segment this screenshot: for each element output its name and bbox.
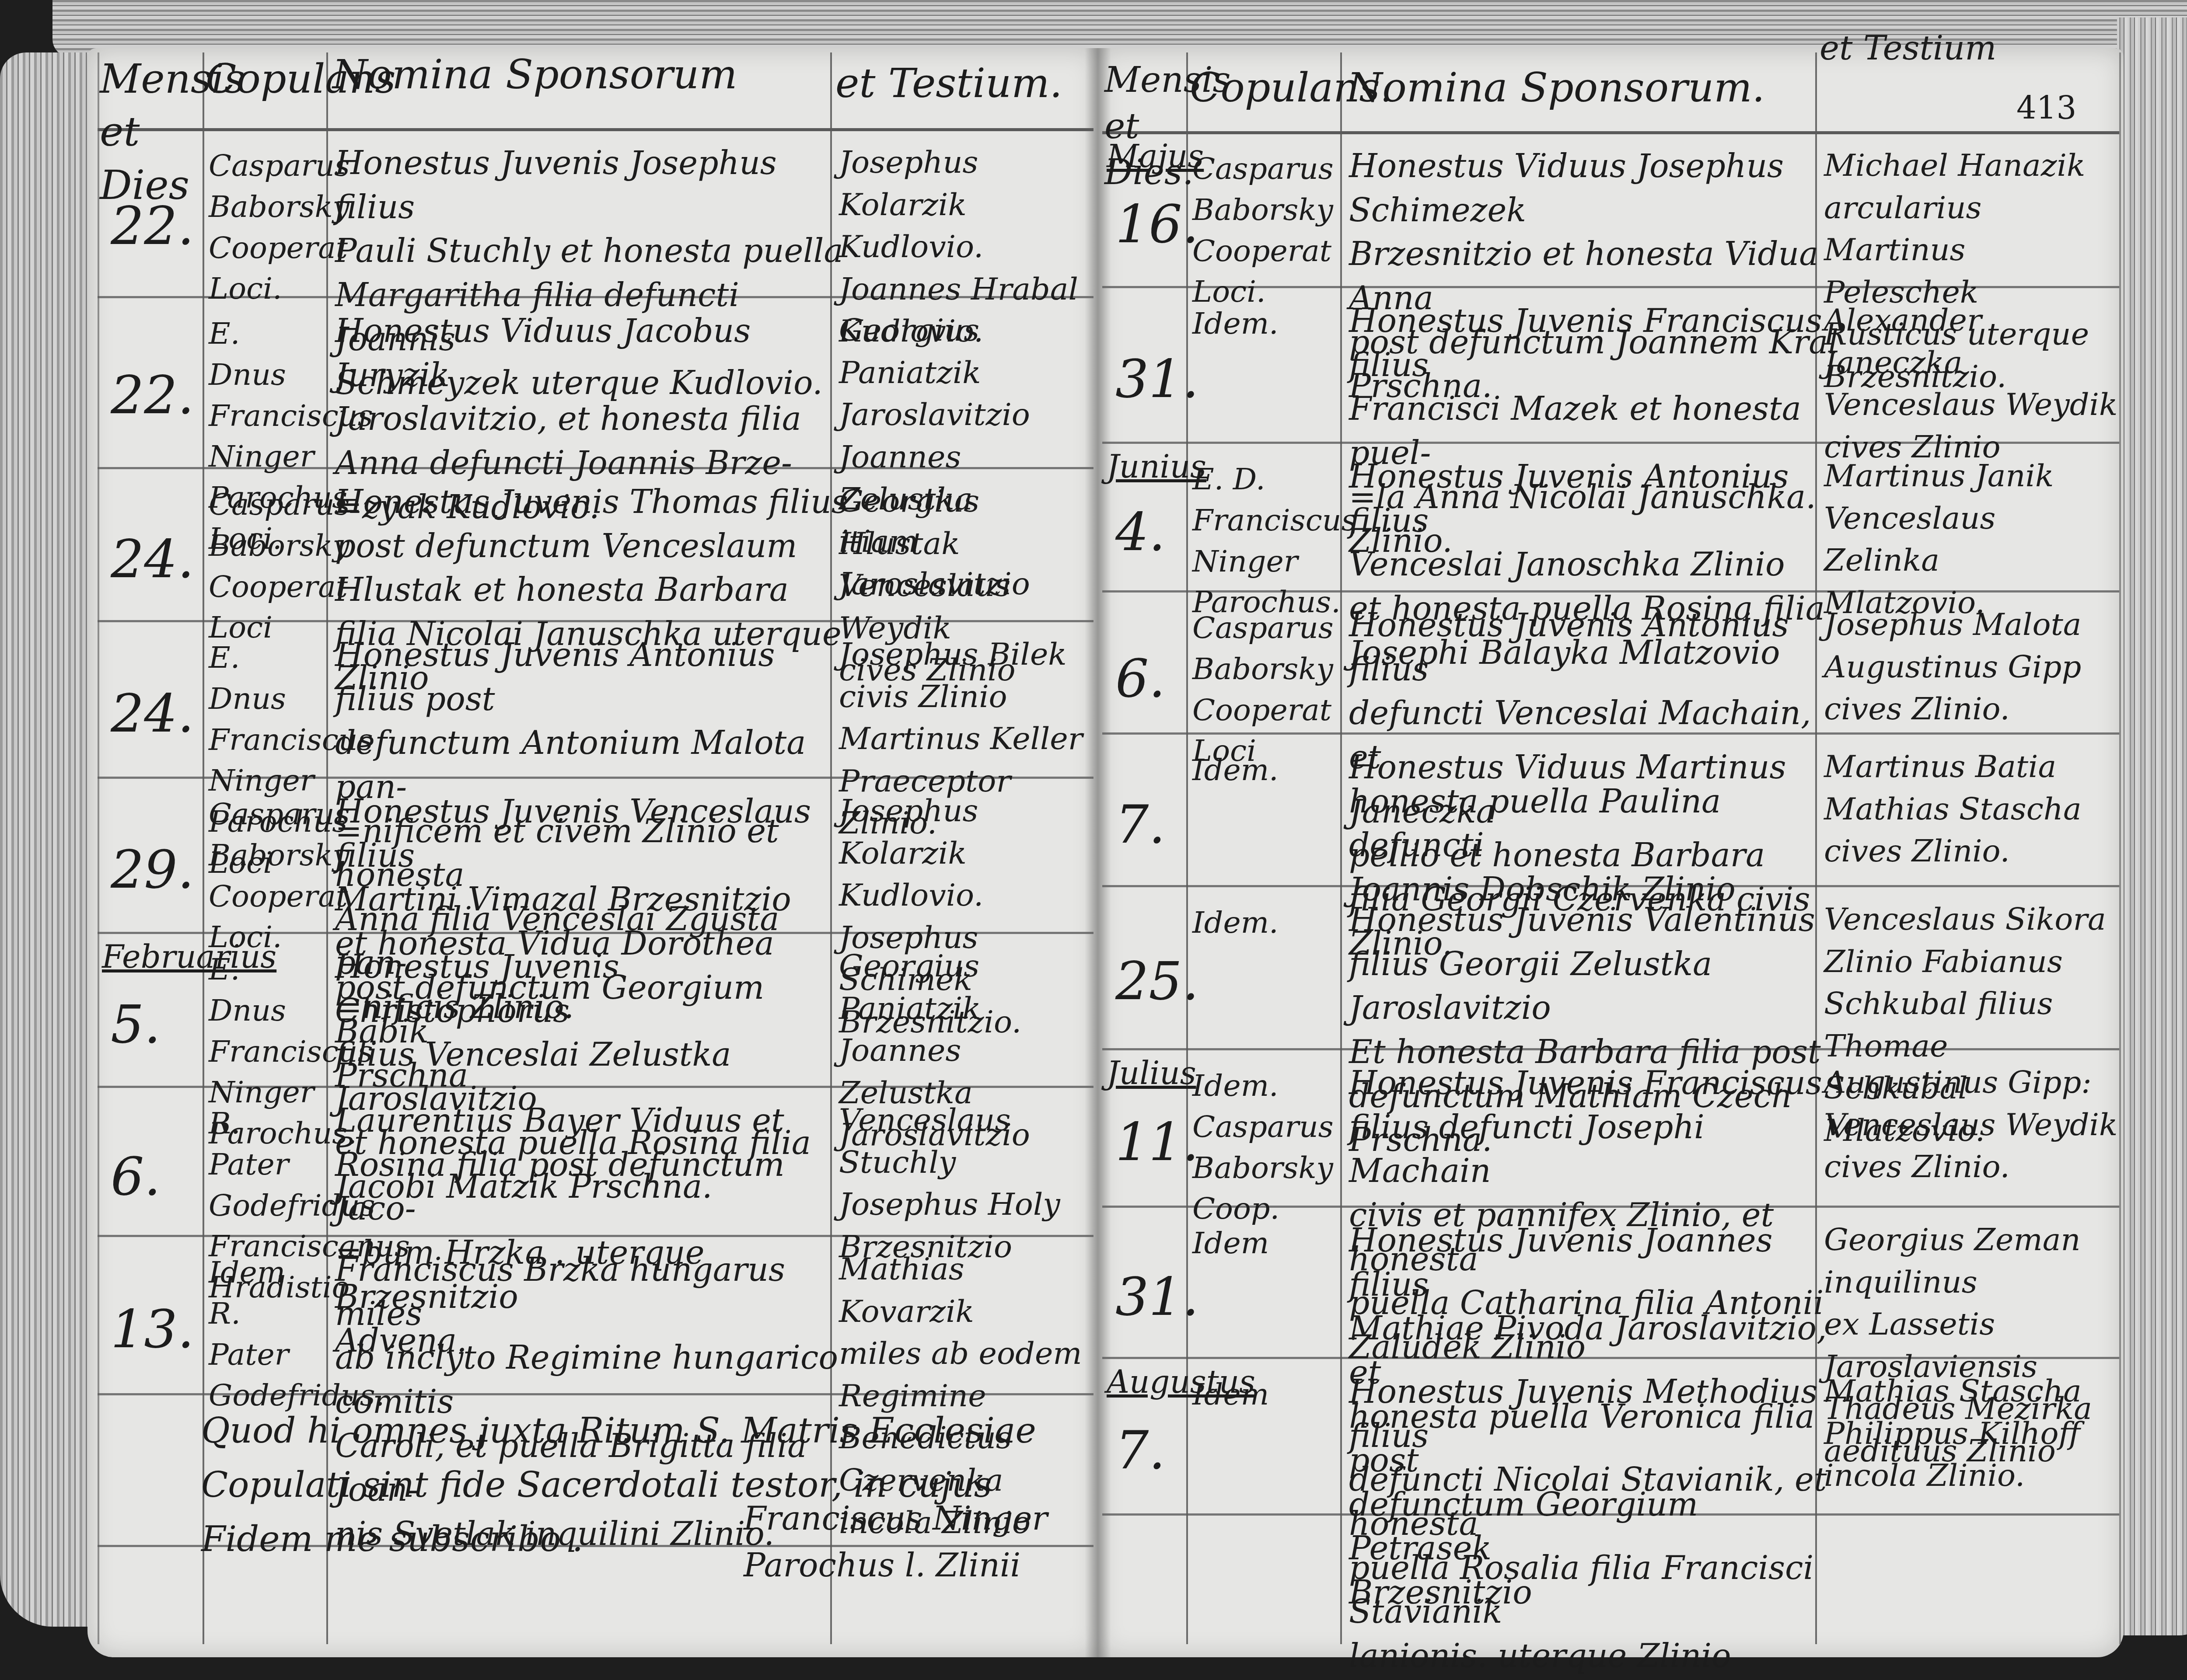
entry-day: 22. [111, 192, 198, 261]
entry-copulans: Casparus Baborsky Cooperat Loci [1192, 608, 1340, 772]
entry-day: 25. [1115, 947, 1182, 1016]
parish-priest-signature: Franciscus Ninger Parochus l. Zlinii [744, 1495, 1093, 1589]
entry-day: 22. [111, 361, 198, 430]
entry-day: 6. [1115, 645, 1182, 714]
header-copulans: Copulans. [1190, 61, 1338, 114]
column-rule [98, 52, 99, 1644]
entry-day: 29. [111, 836, 198, 905]
entry-testes: Martinus Janik Venceslaus Zelinka Mlatzo… [1824, 455, 2119, 624]
month-label: Julius [1107, 1053, 1196, 1094]
entry-testes: Martinus Batia Mathias Stascha cives Zli… [1824, 746, 2119, 872]
entry-day: 4. [1115, 498, 1182, 567]
open-register-book: Mensis et Dies Copulans Nomina Sponsorum… [0, 0, 2187, 1680]
entry-day: 24. [111, 680, 198, 749]
entry-copulans: Idem. [1192, 903, 1340, 944]
entry-copulans: Idem [1192, 1374, 1340, 1415]
column-rule [1186, 52, 1188, 1644]
header-nomina-sponsorum: Nomina Sponsorum [332, 48, 822, 101]
entry-testes: Alexander Janeczka Venceslaus Weydik civ… [1824, 299, 2119, 468]
header-copulans: Copulans [206, 52, 328, 105]
month-label: Junius [1107, 446, 1206, 488]
entry-day: 31. [1115, 345, 1182, 414]
column-rule [2119, 52, 2121, 1644]
entry-day: 24. [111, 525, 198, 594]
page-edges-right [2117, 17, 2187, 1635]
header-mensis-et-dies: Mensis et Dies [100, 52, 205, 212]
entry-testes: Josephus Malota Augustinus Gipp cives Zl… [1824, 603, 2119, 730]
entry-copulans: Casparus Baborsky Cooperat Loci. [1192, 149, 1340, 313]
entry-day: 5. [111, 990, 198, 1060]
page-number: 413 [2016, 87, 2095, 129]
entry-copulans: Idem R. Pater Godefridus. [209, 1252, 326, 1416]
entry-sponsi: Honestus Juvenis Methodius filius defunc… [1349, 1370, 1841, 1678]
header-rule [98, 128, 1093, 131]
entry-copulans: E. D. Franciscus Ninger Parochus. [1192, 459, 1340, 623]
entry-copulans: Idem. [1192, 303, 1340, 345]
entry-day: 6. [111, 1143, 198, 1212]
header-nomina-sponsorum: Nomina Sponsorum. [1347, 61, 1811, 114]
entry-testes: Mathias Stascha Philippus Kilhoff incola… [1824, 1370, 2119, 1497]
entry-copulans: Casparus Baborsky Cooperat Loci [209, 484, 326, 648]
month-label: Majus [1107, 136, 1204, 177]
entry-day: 31. [1115, 1263, 1182, 1332]
header-et-testium: et Testium. [835, 57, 1093, 110]
entry-copulans: Idem. Casparus Baborsky Coop. [1192, 1066, 1340, 1230]
entry-testes: Venceslaus Stuchly Josephus Holy Brzesni… [839, 1099, 1093, 1268]
entry-day: 13. [111, 1295, 198, 1364]
header-rule [1102, 131, 2119, 134]
column-rule [1340, 52, 1342, 1644]
entry-copulans: Casparus Baborsky Cooperat Loci. [209, 794, 326, 958]
entry-day: 7. [1115, 791, 1182, 860]
entry-day: 7. [1115, 1416, 1182, 1485]
entry-copulans: Casparus Baborsky Cooperat Loci. [209, 146, 326, 310]
header-et-testium: et Testium [1820, 26, 2082, 70]
entry-copulans: Idem. [1192, 750, 1340, 791]
entry-copulans: Idem [1192, 1223, 1340, 1264]
entry-day: 11. [1115, 1108, 1182, 1177]
entry-day: 16. [1115, 190, 1182, 259]
entry-testes: Augustinus Gipp: Venceslaus Weydik cives… [1824, 1061, 2119, 1188]
